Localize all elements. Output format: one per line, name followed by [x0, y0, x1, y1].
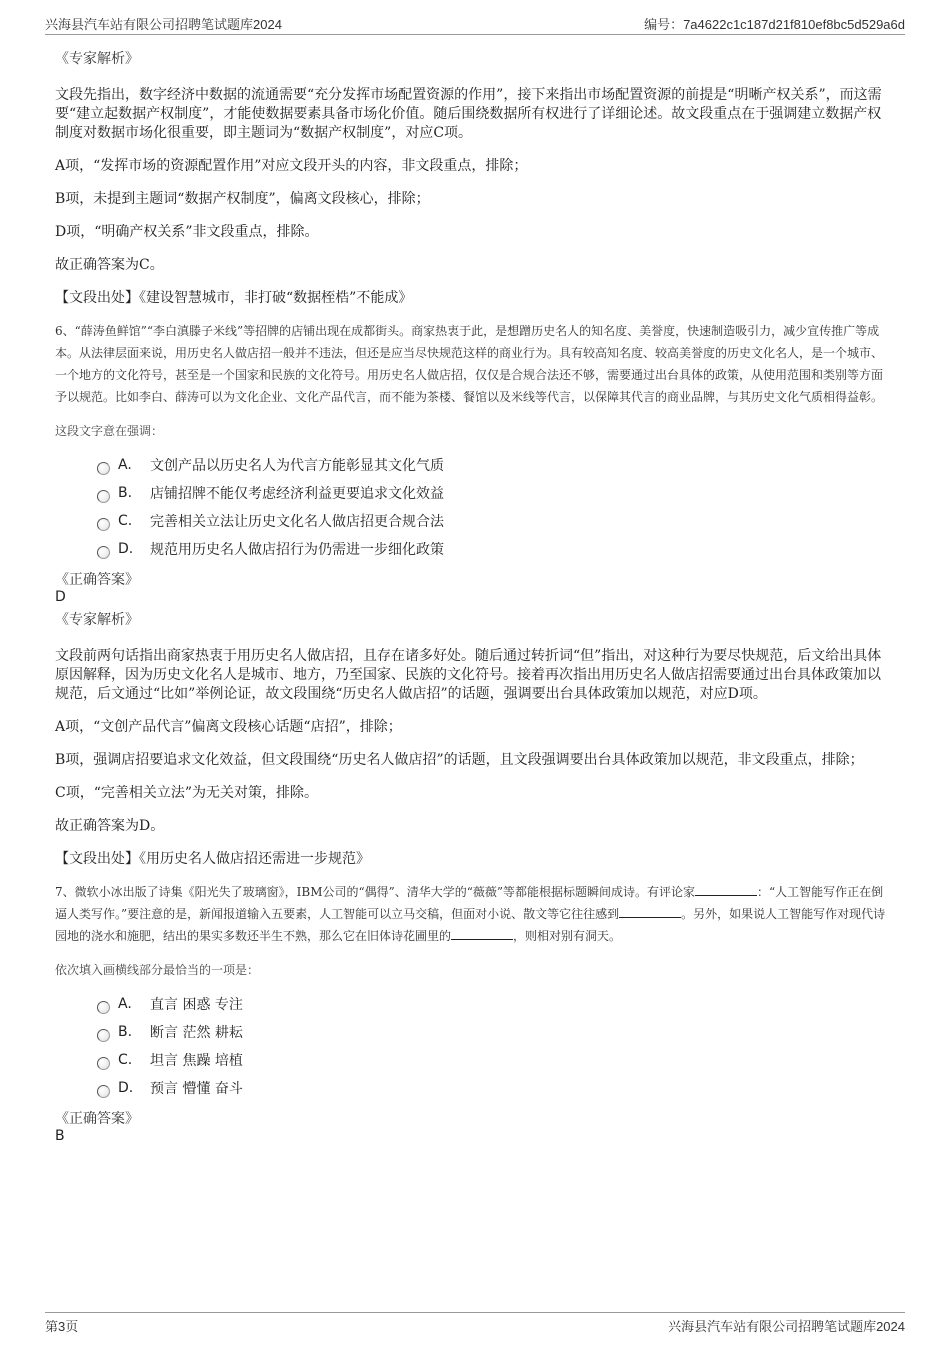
- header-title: 兴海县汽车站有限公司招聘笔试题库2024: [45, 14, 282, 32]
- analysis-item-d: D项，“明确产权关系”非文段重点，排除。: [55, 223, 890, 242]
- source-citation: 【文段出处】《用历史名人做店招还需进一步规范》: [55, 850, 890, 869]
- correct-answer: B: [55, 1128, 890, 1144]
- analysis-item-a: A项，“发挥市场的资源配置作用”对应文段开头的内容，非文段重点，排除；: [55, 157, 890, 176]
- option-d[interactable]: D. 预言 懵懂 奋斗: [97, 1074, 890, 1102]
- option-a[interactable]: A. 文创产品以历史名人为代言方能彰显其文化气质: [97, 451, 890, 479]
- analysis-conclusion: 故正确答案为C。: [55, 256, 890, 275]
- expert-analysis-label: 《专家解析》: [55, 48, 890, 68]
- question-7-options: A. 直言 困惑 专注 B. 断言 茫然 耕耘 C. 坦言 焦躁 培植 D. 预…: [97, 990, 890, 1102]
- blank-3: [451, 927, 513, 940]
- page-footer: 第3页 兴海县汽车站有限公司招聘笔试题库2024: [45, 1312, 905, 1335]
- option-b[interactable]: B. 店铺招牌不能仅考虑经济利益更要追求文化效益: [97, 479, 890, 507]
- correct-answer-label: 《正确答案》: [55, 569, 890, 589]
- question-6-prompt: 这段文字意在强调：: [55, 422, 890, 439]
- page-number: 第3页: [45, 1316, 78, 1335]
- question-7-stem: 7、微软小冰出版了诗集《阳光失了玻璃窗》，IBM公司的“偶得”、清华大学的“薇薇…: [55, 881, 890, 947]
- header-serial: 编号：7a4622c1c187d21f810ef8bc5d529a6d: [644, 14, 905, 32]
- radio-icon[interactable]: [97, 462, 110, 475]
- footer-title: 兴海县汽车站有限公司招聘笔试题库2024: [668, 1316, 905, 1335]
- question-7-prompt: 依次填入画横线部分最恰当的一项是：: [55, 961, 890, 978]
- analysis-item-b: B项，未提到主题词“数据产权制度”，偏离文段核心，排除；: [55, 190, 890, 209]
- analysis-item-c: C项，“完善相关立法”为无关对策，排除。: [55, 784, 890, 803]
- question-6-stem: 6、“薛涛鱼鲜馆”“李白滇滕子米线”等招牌的店铺出现在成都街头。商家热衷于此，是…: [55, 320, 890, 408]
- analysis-item-b: B项，强调店招要追求文化效益，但文段围绕“历史名人做店招”的话题，且文段强调要出…: [55, 751, 890, 770]
- analysis-paragraph: 文段先指出，数字经济中数据的流通需要“充分发挥市场配置资源的作用”，接下来指出市…: [55, 86, 890, 143]
- blank-1: [695, 883, 757, 896]
- radio-icon[interactable]: [97, 1029, 110, 1042]
- radio-icon[interactable]: [97, 1057, 110, 1070]
- page-content: 《专家解析》 文段先指出，数字经济中数据的流通需要“充分发挥市场配置资源的作用”…: [55, 40, 890, 1144]
- analysis-conclusion: 故正确答案为D。: [55, 817, 890, 836]
- radio-icon[interactable]: [97, 518, 110, 531]
- correct-answer-label: 《正确答案》: [55, 1108, 890, 1128]
- radio-icon[interactable]: [97, 1085, 110, 1098]
- analysis-item-a: A项，“文创产品代言”偏离文段核心话题“店招”，排除；: [55, 718, 890, 737]
- question-6-options: A. 文创产品以历史名人为代言方能彰显其文化气质 B. 店铺招牌不能仅考虑经济利…: [97, 451, 890, 563]
- expert-analysis-label: 《专家解析》: [55, 609, 890, 629]
- radio-icon[interactable]: [97, 490, 110, 503]
- option-c[interactable]: C. 完善相关立法让历史文化名人做店招更合规合法: [97, 507, 890, 535]
- page-header: 兴海县汽车站有限公司招聘笔试题库2024 编号：7a4622c1c187d21f…: [45, 14, 905, 35]
- radio-icon[interactable]: [97, 546, 110, 559]
- correct-answer: D: [55, 589, 890, 605]
- source-citation: 【文段出处】《建设智慧城市，非打破“数据桎梏”不能成》: [55, 289, 890, 308]
- option-c[interactable]: C. 坦言 焦躁 培植: [97, 1046, 890, 1074]
- option-b[interactable]: B. 断言 茫然 耕耘: [97, 1018, 890, 1046]
- radio-icon[interactable]: [97, 1001, 110, 1014]
- blank-2: [619, 905, 681, 918]
- option-d[interactable]: D. 规范用历史名人做店招行为仍需进一步细化政策: [97, 535, 890, 563]
- analysis-paragraph: 文段前两句话指出商家热衷于用历史名人做店招，且存在诸多好处。随后通过转折词“但”…: [55, 647, 890, 704]
- option-a[interactable]: A. 直言 困惑 专注: [97, 990, 890, 1018]
